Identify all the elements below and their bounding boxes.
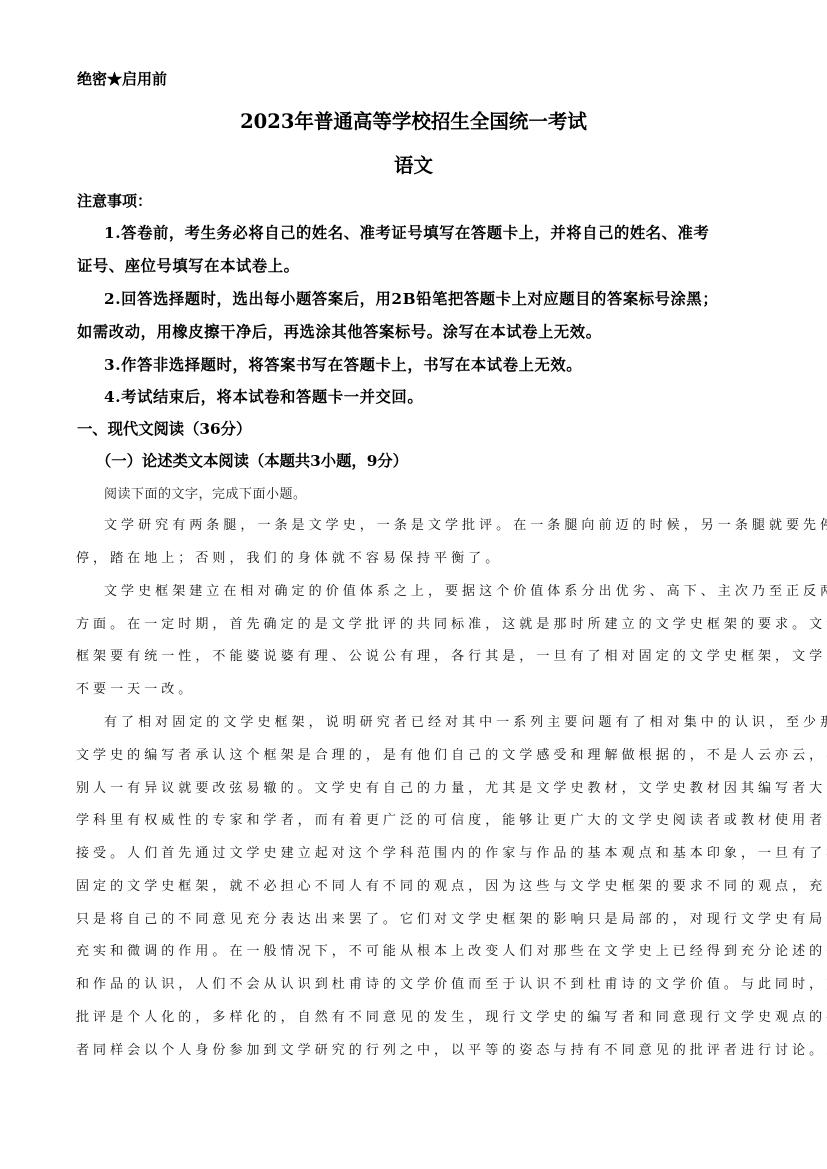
exam-title: 2023年普通高等学校招生全国统一考试 [0,106,827,134]
exam-page: 绝密★启用前 2023年普通高等学校招生全国统一考试 语文 注意事项： 1.答卷… [0,0,827,1169]
passage-line: 者同样会以个人身份参加到文学研究的行列之中，以平等的姿态与持有不同意见的批评者进… [76,1039,827,1058]
passage-line: 框架要有统一性，不能婆说婆有理、公说公有理，各行其是，一旦有了相对固定的文学史框… [76,645,827,664]
section-heading: 一、现代文阅读（36分） [77,417,251,439]
passage-line: 接受。人们首先通过文学史建立起对这个学科范围内的作家与作品的基本观点和基本印象，… [76,842,827,861]
passage-line: 方面。在一定时期，首先确定的是文学批评的共同标准，这就是那时所建立的文学史框架的… [76,613,827,632]
note-line: 4.考试结束后，将本试卷和答题卡一并交回。 [104,385,423,407]
passage-line: 文学研究有两条腿，一条是文学史，一条是文学批评。在一条腿向前迈的时候，另一条腿就… [104,514,827,533]
passage-line: 文学史的编写者承认这个框架是合理的，是有他们自己的文学感受和理解做根据的，不是人… [76,744,827,763]
passage-line: 充实和微调的作用。在一般情况下，不可能从根本上改变人们对那些在文学史上已经得到充… [76,940,827,959]
confidential-label: 绝密★启用前 [77,68,167,89]
passage-line: 学科里有权威性的专家和学者，而有着更广泛的可信度，能够让更广大的文学史阅读者或教… [76,809,827,828]
note-line: 3.作答非选择题时，将答案书写在答题卡上，书写在本试卷上无效。 [104,353,582,375]
note-line: 1.答卷前，考生务必将自己的姓名、准考证号填写在答题卡上，并将自己的姓名、准考 [104,221,709,243]
passage-line: 有了相对固定的文学史框架，说明研究者已经对其中一系列主要问题有了相对集中的认识，… [104,711,827,730]
passage-line: 停，踏在地上；否则，我们的身体就不容易保持平衡了。 [76,547,502,566]
subject-title: 语文 [0,150,827,178]
passage-line: 只是将自己的不同意见充分表达出来罢了。它们对文学史框架的影响只是局部的，对现行文… [76,908,827,927]
note-line: 2.回答选择题时，选出每小题答案后，用2B铅笔把答题卡上对应题目的答案标号涂黑； [104,287,718,309]
passage-line: 别人一有异议就要改弦易辙的。文学史有自己的力量，尤其是文学史教材，文学史教材因其… [76,777,827,796]
passage-line: 文学史框架建立在相对确定的价值体系之上，要据这个价值体系分出优劣、高下、主次乃至… [104,580,827,599]
note-line: 证号、座位号填写在本试卷上。 [77,254,300,276]
passage-line: 批评是个人化的，多样化的，自然有不同意见的发生，现行文学史的编写者和同意现行文学… [76,1006,827,1025]
passage-line: 不要一天一改。 [76,678,195,697]
subsection-heading: （一）论述类文本阅读（本题共3小题，9分） [96,449,408,471]
notes-heading: 注意事项： [77,190,152,211]
note-line: 如需改动，用橡皮擦干净后，再选涂其他答案标号。涂写在本试卷上无效。 [77,320,602,342]
reading-instruction: 阅读下面的文字，完成下面小题。 [104,483,307,502]
passage-line: 和作品的认识，人们不会从认识到杜甫诗的文学价值而至于认识不到杜甫诗的文学价值。与… [76,973,827,992]
passage-line: 固定的文学史框架，就不必担心不同人有不同的观点，因为这些与文学史框架的要求不同的… [76,875,827,894]
